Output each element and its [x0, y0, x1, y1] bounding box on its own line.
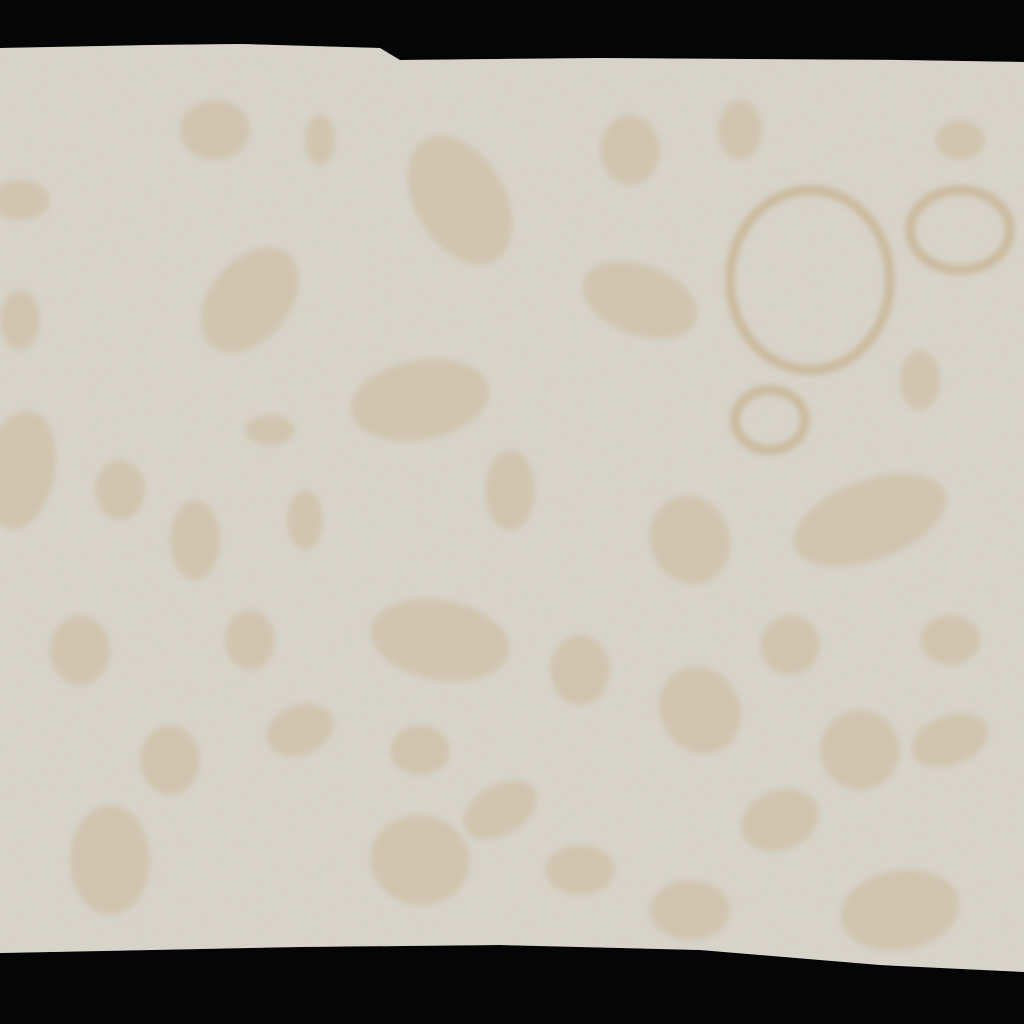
stained-paper-sheet — [0, 0, 1024, 1024]
photo-scene — [0, 0, 1024, 1024]
